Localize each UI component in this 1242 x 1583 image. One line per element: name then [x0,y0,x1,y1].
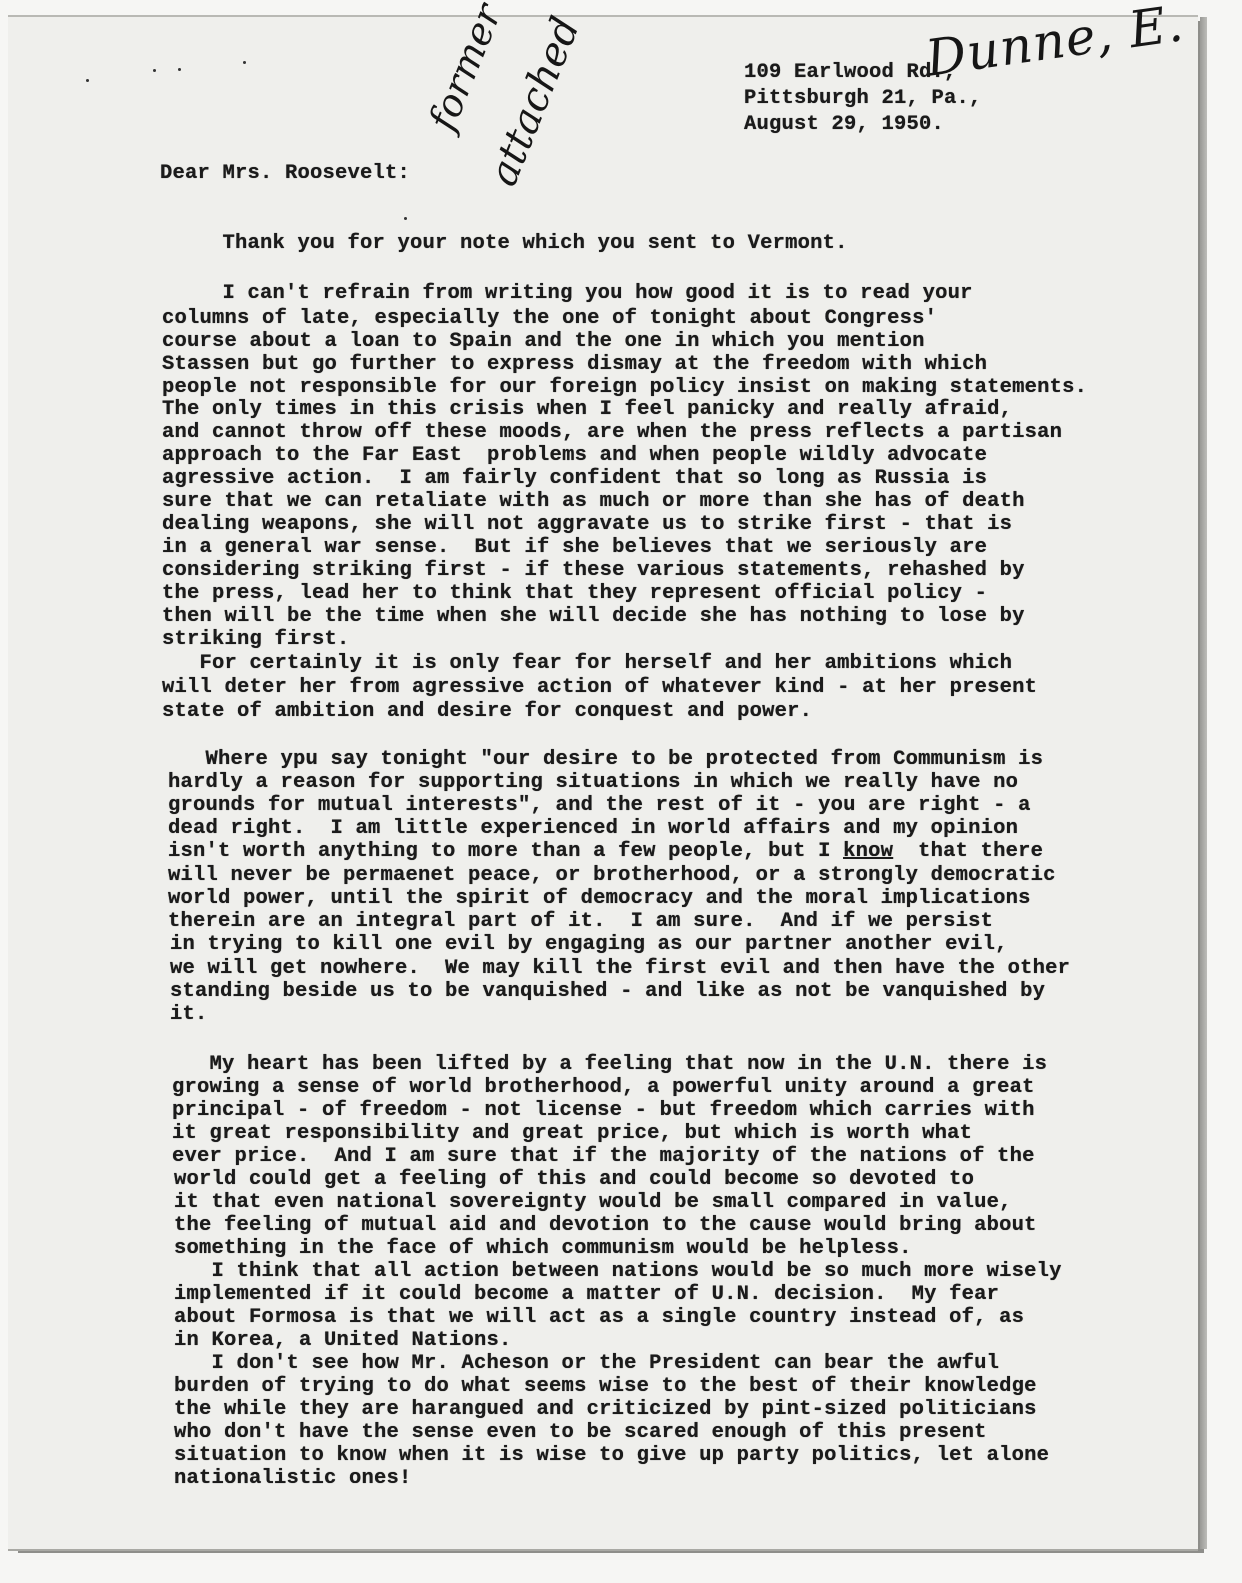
body-line: then will be the time when she will deci… [162,605,1025,629]
body-line: considering striking first - if these va… [162,559,1025,583]
body-line: agressive action. I am fairly confident … [162,467,987,491]
scan-speck [153,69,156,72]
body-line: hardly a reason for supporting situation… [168,771,1018,795]
body-line: sure that we can retaliate with as much … [162,490,1025,514]
body-line: ever price. And I am sure that if the ma… [172,1145,1035,1169]
body-line: the while they are harangued and critici… [174,1398,1037,1422]
salutation: Dear Mrs. Roosevelt: [160,162,410,185]
body-line: dealing weapons, she will not aggravate … [162,513,1012,537]
body-line: therein are an integral part of it. I am… [168,910,993,934]
body-line: Where ypu say tonight "our desire to be … [168,748,1043,772]
body-line: grounds for mutual interests", and the r… [168,794,1031,818]
body-line: about Formosa is that we will act as a s… [174,1306,1024,1330]
body-line: in trying to kill one evil by engaging a… [170,933,1008,957]
body-line: it great responsibility and great price,… [172,1122,972,1146]
body-line: it that even national sovereignty would … [174,1191,1012,1215]
body-line: will deter her from agressive action of … [162,676,1037,700]
body-line: My heart has been lifted by a feeling th… [172,1053,1047,1077]
body-line: world power, until the spirit of democra… [168,887,1031,911]
body-line: who don't have the sense even to be scar… [174,1421,987,1445]
body-line: world could get a feeling of this and co… [174,1168,974,1192]
body-line: I don't see how Mr. Acheson or the Presi… [174,1352,999,1376]
letter-date: August 29, 1950. [744,112,944,138]
body-line: isn't worth anything to more than a few … [168,840,1043,864]
body-line: For certainly it is only fear for hersel… [162,652,1012,676]
address-street: 109 Earlwood Rd., [744,60,957,86]
body-line: The only times in this crisis when I fee… [162,398,1012,422]
scan-speck [243,61,246,64]
body-line: dead right. I am little experienced in w… [168,817,1018,841]
body-line: Stassen but go further to express dismay… [162,353,987,377]
scan-speck [86,79,89,82]
body-line: we will get nowhere. We may kill the fir… [170,957,1070,981]
body-line: the feeling of mutual aid and devotion t… [174,1214,1037,1238]
body-line: it. [170,1003,208,1027]
body-line: columns of late, especially the one of t… [162,307,937,331]
body-line: striking first. [162,628,350,652]
body-line: something in the face of which communism… [174,1237,912,1261]
scan-speck [178,68,181,71]
body-line: I can't refrain from writing you how goo… [160,282,973,306]
body-line: standing beside us to be vanquished - an… [170,980,1045,1004]
address-city: Pittsburgh 21, Pa., [744,86,982,112]
body-line: situation to know when it is wise to giv… [174,1444,1049,1468]
body-line: Thank you for your note which you sent t… [160,232,848,256]
body-line: in Korea, a United Nations. [174,1329,512,1353]
body-line: implemented if it could become a matter … [174,1283,999,1307]
body-line: nationalistic ones! [174,1467,412,1491]
body-line: course about a loan to Spain and the one… [162,330,925,354]
body-line: the press, lead her to think that they r… [162,582,987,606]
scan-speck [404,217,407,220]
body-line: approach to the Far East problems and wh… [162,444,987,468]
body-line: in a general war sense. But if she belie… [162,536,987,560]
body-line: and cannot throw off these moods, are wh… [162,421,1062,445]
body-line: I think that all action between nations … [174,1260,1062,1284]
body-line: principal - of freedom - not license - b… [172,1099,1035,1123]
body-line: will never be permaenet peace, or brothe… [168,864,1056,888]
underlined-word: know [843,840,893,863]
body-line: burden of trying to do what seems wise t… [174,1375,1037,1399]
body-line: state of ambition and desire for conques… [162,700,812,724]
body-line: growing a sense of world brotherhood, a … [172,1076,1035,1100]
body-line: people not responsible for our foreign p… [162,376,1087,400]
